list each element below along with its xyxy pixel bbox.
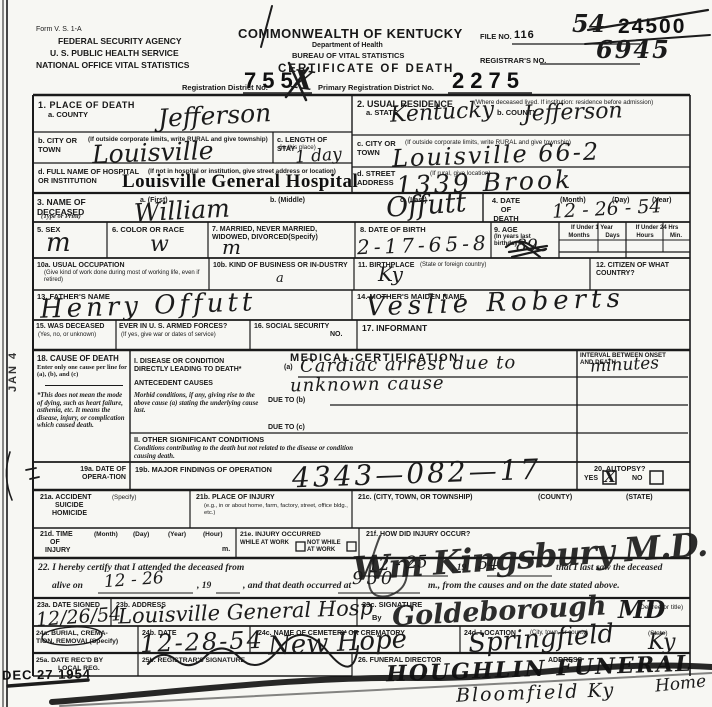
time-of-injury-label3: INJURY	[45, 547, 70, 555]
degree-or-title-label: (Degree or title)	[638, 604, 683, 612]
name-of-deceased-note: (Type or Print)	[41, 213, 81, 220]
file-no-value: 116	[514, 30, 535, 41]
accident-label: 21a. ACCIDENT	[40, 494, 91, 502]
place-city-value: Louisville	[92, 138, 214, 167]
cause-footnote: *This does not mean the mode of dying, s…	[37, 392, 127, 430]
date-of-birth-value: 2-17-65-8	[357, 233, 490, 258]
how-injury-occurred-label: 21f. HOW DID INJURY OCCUR?	[366, 531, 470, 539]
reg-district-value: 755	[244, 70, 299, 92]
age-under1-header: If Under 1 Year	[560, 225, 624, 232]
bureau-vital-statistics: BUREAU OF VITAL STATISTICS	[292, 52, 404, 61]
name-first-value: William	[133, 196, 230, 226]
agency-line-3: NATIONAL OFFICE VITAL STATISTICS	[36, 60, 189, 70]
registrar-no-value: 6945	[596, 38, 671, 62]
autopsy-yes-label: YES	[584, 475, 598, 483]
age-min-header: Min.	[664, 233, 688, 240]
armed-forces-label: 15. WAS DECEASED	[36, 323, 104, 331]
burial-date-value: 12-28-54	[140, 628, 265, 656]
file-no-label: FILE NO.	[480, 33, 512, 42]
place-county-label: a. COUNTY	[48, 111, 88, 120]
burial-label: 24a. BURIAL, CREMA‑	[36, 630, 108, 638]
homicide-label: HOMICIDE	[52, 510, 87, 518]
primary-district-value: 2275	[452, 70, 525, 92]
birthplace-value: Ky	[378, 264, 403, 284]
ssn-label: 16. SOCIAL SECURITY	[254, 323, 329, 331]
not-while-at-work-label: NOT WHILE AT WORK	[307, 540, 347, 554]
certify-text-2b: , 19	[197, 581, 211, 592]
antecedent-label: ANTECEDENT CAUSES	[134, 380, 213, 388]
injury-city-label: 21c. (CITY, TOWN, OR TOWNSHIP)	[358, 494, 472, 502]
date-signed-value: 12/26/54	[35, 605, 121, 630]
age-value: 89	[516, 238, 538, 255]
injury-hour-label: (Hour)	[203, 531, 223, 539]
accident-specify-note: (Specify)	[112, 494, 136, 501]
cemetery-value: New Hope	[267, 626, 407, 659]
injury-year-label: (Year)	[168, 531, 186, 539]
cause-a-tag: (a)	[284, 364, 293, 372]
mother-name-value: Veslie Roberts	[366, 285, 626, 320]
injury-day-label: (Day)	[133, 531, 149, 539]
place-city-label: b. CITY OR TOWN	[38, 137, 78, 155]
certify-text-2d: m., from the causes and on the date stat…	[428, 581, 620, 592]
certify-text-2a: alive on	[52, 581, 83, 592]
residence-state-value: Kentucky	[389, 99, 494, 126]
burial-label2: TION, REMOVAL(Specify)	[36, 638, 118, 646]
business-value: a	[276, 272, 284, 285]
cause-a-value-line2: unknown cause	[290, 375, 445, 396]
disease-condition-label2: DIRECTLY LEADING TO DEATH*	[134, 366, 241, 374]
code-right-stamp: 24500	[618, 16, 686, 37]
age-months-header: Months	[560, 233, 598, 240]
injury-meridian-label: m.	[222, 546, 230, 554]
agency-line-2: U. S. PUBLIC HEALTH SERVICE	[50, 48, 179, 58]
autopsy-label: 20. AUTOPSY?	[594, 465, 646, 474]
father-name-value: Henry Offutt	[40, 289, 257, 323]
divider	[45, 385, 123, 386]
cause-of-death-title: 18. CAUSE OF DEATH	[37, 354, 119, 363]
ssn-label2: NO.	[330, 331, 342, 339]
place-of-injury-label: 21b. PLACE OF INJURY	[196, 494, 275, 502]
certify-text-2c: , and that death occurred at	[243, 581, 351, 592]
dept-of-health: Department of Health	[312, 42, 383, 50]
injury-occurred-label: 21e. INJURY OCCURRED	[240, 531, 321, 539]
disease-condition-label: I. DISEASE OR CONDITION	[134, 358, 224, 366]
cause-enter-note: Enter only one cause per line for (a), (…	[37, 364, 127, 379]
name-last-value: Offutt	[385, 189, 467, 222]
funeral-city-value: Bloomfield Ky	[456, 681, 616, 706]
form-number: Form V. S. 1-A	[36, 26, 82, 34]
commonwealth-title: COMMONWEALTH OF KENTUCKY	[238, 26, 463, 41]
date-of-death-value: 12 - 26 - 54	[552, 197, 662, 222]
occupation-label: 10a. USUAL OCCUPATION	[37, 262, 125, 270]
signature-by-label: By	[372, 614, 382, 623]
age-hours-header: Hours	[627, 233, 663, 240]
certify-alive-value: 12 - 26	[103, 570, 164, 591]
funeral-home-value: Home	[654, 673, 707, 695]
color-race-label: 6. COLOR OR RACE	[112, 226, 184, 235]
autopsy-no-label: NO	[632, 475, 643, 483]
injury-county-label: (COUNTY)	[538, 494, 572, 502]
armed-forces-note1: (Yes, no, or unknown)	[38, 332, 96, 339]
residence-county-value: Jefferson	[523, 100, 623, 125]
other-conditions-label: II. OTHER SIGNIFICANT CONDITIONS	[134, 436, 264, 445]
place-county-value: Jefferson	[157, 100, 271, 131]
received-date-stamp: DEC 27 1954	[2, 667, 91, 682]
injury-state-label: (STATE)	[626, 494, 653, 502]
color-race-value: w	[150, 234, 169, 256]
sex-value: m	[46, 230, 71, 256]
age-days-header: Days	[599, 233, 626, 240]
date-of-operation-label: 19a. DATE OF OPERA‑TION	[38, 466, 126, 483]
death-certificate-scan: Form V. S. 1-A FEDERAL SECURITY AGENCY U…	[0, 0, 712, 707]
registrar-signature-label: 25b. REGISTRAR'S SIGNATURE	[142, 657, 245, 665]
code-left-handwritten: 54	[572, 12, 605, 36]
reg-district-x-mark: X	[291, 67, 315, 96]
time-of-injury-label: 21d. TIME	[40, 531, 73, 539]
injury-month-label: (Month)	[94, 531, 118, 539]
date-of-death-title: 4. DATE OF DEATH	[489, 197, 523, 224]
informant-label: 17. INFORMANT	[362, 323, 427, 333]
autopsy-yes-mark: X	[604, 470, 616, 485]
hospital-name-value: Louisville General Hospital	[122, 172, 358, 191]
birthplace-note: (State or foreign country)	[420, 262, 486, 269]
name-middle-label: b. (Middle)	[270, 197, 305, 205]
while-at-work-label: WHILE AT WORK	[240, 540, 294, 547]
age-under24-header: If Under 24 Hrs	[627, 225, 687, 232]
place-of-injury-note: (e.g., in or about home, farm, factory, …	[204, 503, 349, 517]
date-recd-label: 25a. DATE REC'D BY	[36, 657, 103, 665]
armed-forces-note2: (If yes, give war or dates of service)	[121, 332, 249, 339]
due-to-b-label: DUE TO (b)	[268, 397, 305, 405]
other-conditions-note: Conditions contributing to the death but…	[134, 445, 369, 460]
antecedent-note: Morbid conditions, if any, giving rise t…	[134, 392, 262, 415]
occupation-note: (Give kind of work done during most of w…	[44, 270, 204, 284]
marital-value: m	[222, 237, 241, 257]
time-of-injury-label2: OF	[50, 539, 60, 547]
interval-value: minutes	[590, 355, 660, 376]
length-of-stay-value: 1 day	[294, 146, 342, 166]
suicide-label: SUICIDE	[55, 502, 83, 510]
margin-date-stamp: JAN 4	[8, 351, 19, 392]
primary-district-label: Primary Registration District No.	[318, 84, 434, 93]
major-findings-label: 19b. MAJOR FINDINGS OF OPERATION	[135, 466, 272, 475]
major-findings-value: 4343—082—17	[292, 456, 542, 493]
registrar-no-label: REGISTRAR'S NO.	[480, 57, 546, 66]
agency-line-1: FEDERAL SECURITY AGENCY	[58, 36, 182, 46]
armed-forces-label2: EVER IN U. S. ARMED FORCES?	[119, 323, 247, 331]
business-label: 10b. KIND OF BUSINESS OR IN‑DUSTRY	[213, 262, 348, 270]
due-to-c-label: DUE TO (c)	[268, 424, 305, 432]
citizen-label: 12. CITIZEN OF WHAT COUNTRY?	[596, 262, 676, 279]
